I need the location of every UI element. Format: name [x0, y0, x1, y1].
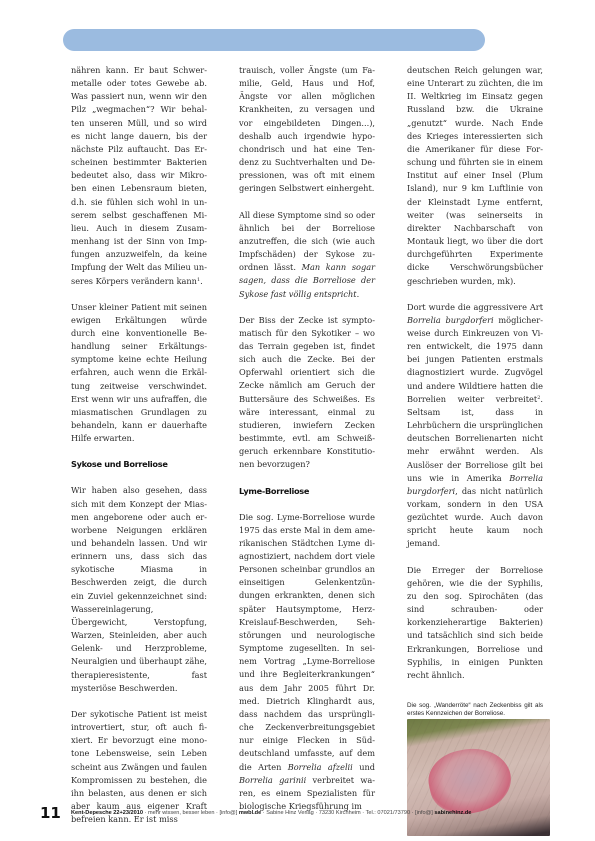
- paragraph: Der sykotische Patient ist meist introve…: [71, 708, 207, 826]
- website-link: sabinehinz.de: [434, 810, 471, 816]
- species-name: Borrelia afzelii: [288, 762, 353, 772]
- paragraph: Dort wurde die aggressivere Art Borrelia…: [407, 301, 543, 551]
- photo-caption: Die sog. „Wanderröte“ nach Zeckenbiss gi…: [407, 702, 543, 718]
- website-link: mwbl.de: [239, 810, 261, 816]
- species-name: Borrelia garinii: [239, 775, 306, 785]
- text-column-3: deutschen Reich gelungen war, eine Unter…: [407, 64, 543, 836]
- paragraph: Wir haben also gesehen, dass sich mit de…: [71, 484, 207, 695]
- page-number: 11: [40, 804, 61, 822]
- paragraph: Der Biss der Zecke ist sympto­matisch fü…: [239, 314, 375, 472]
- paragraph: deutschen Reich gelungen war, eine Unter…: [407, 64, 543, 288]
- page-footer: Kent-Depesche 22+23/2010 · mehr wissen, …: [71, 810, 471, 816]
- paragraph: Unser kleiner Patient mit seinen ewigen …: [71, 301, 207, 446]
- publication-title: Kent-Depesche 22+23/2010: [71, 810, 143, 816]
- text-column-1: nähren kann. Er baut Schwer­metalle oder…: [71, 64, 207, 839]
- section-heading: Lyme-Borreliose: [239, 485, 375, 498]
- paragraph: All diese Symptome sind so oder ähnlich …: [239, 209, 375, 301]
- section-heading: Sykose und Borreliose: [71, 458, 207, 471]
- species-name: Borrelia burgdorferi: [407, 315, 494, 325]
- paragraph: Die sog. Lyme-Borreliose wurde 1975 das …: [239, 511, 375, 814]
- paragraph: trauisch, voller Ängste (um Fa­milie, Ge…: [239, 64, 375, 196]
- paragraph: Die Erreger der Borreliose gehö­ren, wie…: [407, 564, 543, 682]
- paragraph: nähren kann. Er baut Schwer­metalle oder…: [71, 64, 207, 288]
- document-page: nähren kann. Er baut Schwer­metalle oder…: [0, 0, 595, 841]
- footnote-ref: 1: [197, 277, 200, 283]
- rash-photo: [407, 719, 550, 836]
- text-column-2: trauisch, voller Ängste (um Fa­milie, Ge…: [239, 64, 375, 826]
- header-bar: [63, 29, 485, 51]
